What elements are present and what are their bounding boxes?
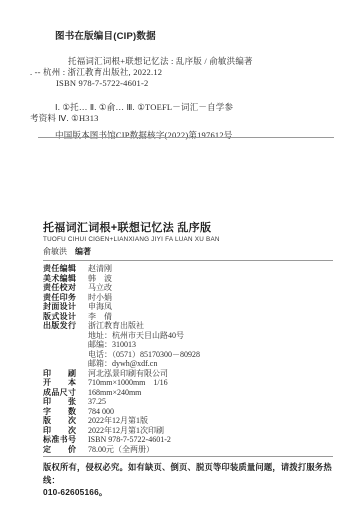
credit-row: 邮编：310013 [43,340,200,350]
book-title: 托福词汇词根+联想记忆法 乱序版 [43,222,220,235]
divider-top [38,137,334,138]
credit-value: 784 000 [88,407,114,416]
credit-label: 版式设计 [43,312,76,322]
credit-value: 710mm×1000mm 1/16 [88,378,168,387]
cip-header: 图书在版编目(CIP)数据 [55,31,341,42]
credit-label: 责任印务 [43,293,76,303]
author-name: 俞敏洪 [43,247,67,256]
credit-row: 美术编辑 韩 波 [43,274,200,284]
credit-value: 2022年12月第1版 [88,416,148,425]
credit-value: ISBN 978-7-5722-4601-2 [88,435,171,444]
credit-value: 78.00元（全两册） [88,445,154,454]
copyright-page: 图书在版编目(CIP)数据 托福词汇词根+联想记忆法 : 乱序版 / 俞敏洪编著… [0,0,361,520]
credit-value: 2022年12月第1次印刷 [88,426,164,435]
credit-row: 印张 37.25 [43,397,200,407]
title-block: 托福词汇词根+联想记忆法 乱序版 TUOFU CIHUI CIGEN+LIANX… [43,222,220,257]
credit-row: 开本 710mm×1000mm 1/16 [43,378,200,388]
credit-value: 168mm×240mm [88,388,141,397]
credit-row: 电话：（0571）85170300－80928 [43,350,200,360]
credit-row: 版次 2022年12月第1版 [43,416,200,426]
credit-label: 印张 [43,397,76,407]
credit-label: 印次 [43,426,76,436]
credit-row: 出版发行 浙江教育出版社 [43,321,200,331]
book-title-pinyin: TUOFU CIHUI CIGEN+LIANXIANG JIYI FA LUAN… [43,235,220,244]
cip-block: 图书在版编目(CIP)数据 托福词汇词根+联想记忆法 : 乱序版 / 俞敏洪编著… [0,31,341,141]
credit-row: 封面设计 申海凤 [43,302,200,312]
cip-classification-line2: 考资料 Ⅳ. ①H313 [30,113,341,124]
credit-row: 字数 784 000 [43,407,200,417]
credit-row: 印次 2022年12月第1次印刷 [43,426,200,436]
credit-label: 成品尺寸 [43,388,76,398]
credit-value: 韩 波 [88,274,112,283]
cip-isbn: ISBN 978-7-5722-4601-2 [56,78,341,89]
credit-value: 地址：杭州市天目山路40号 [88,331,184,340]
credit-value: 邮编：310013 [88,340,136,349]
credit-row: 成品尺寸 168mm×240mm [43,388,200,398]
credit-label: 出版发行 [43,321,76,331]
credit-value: 37.25 [88,397,106,406]
divider-bottom [43,456,333,457]
credits-list: 责任编辑 赵清刚 美术编辑 韩 波 责任校对 马立改 责任印务 时小娟 封面设计… [43,264,200,454]
author-line: 俞敏洪编著 [43,246,220,257]
credit-label: 版次 [43,416,76,426]
credit-label: 字数 [43,407,76,417]
credit-value: 邮箱：dywh@xdf.cn [88,359,157,368]
credit-row: 定价 78.00元（全两册） [43,445,200,455]
credit-label: 标准书号 [43,435,76,445]
divider-middle [43,260,333,261]
credit-label: 责任校对 [43,283,76,293]
credit-value: 时小娟 [88,293,112,302]
credit-label: 美术编辑 [43,274,76,284]
credit-row: 邮箱：dywh@xdf.cn [43,359,200,369]
credit-row: 责任校对 马立改 [43,283,200,293]
cip-classification-line1: Ⅰ. ①托… Ⅱ. ①俞… Ⅲ. ①TOEFL－词汇－自学参 [55,102,341,113]
credit-label: 开本 [43,378,76,388]
credit-row: 责任编辑 赵清刚 [43,264,200,274]
credit-value: 赵清刚 [88,264,112,273]
cip-record-number: 中国版本图书馆CIP数据核字(2022)第197612号 [55,130,341,141]
notice-line1: 版权所有，侵权必究。如有缺页、倒页、脱页等印装质量问题，请拨打服务热线： [43,461,343,486]
credit-value: 河北泓景印刷有限公司 [88,369,168,378]
credit-label: 定价 [43,445,76,455]
credit-value: 李 倩 [88,312,112,321]
credit-row: 版式设计 李 倩 [43,312,200,322]
credit-label: 封面设计 [43,302,76,312]
credit-label: 责任编辑 [43,264,76,274]
credit-value: 申海凤 [88,302,112,311]
credit-label: 印刷 [43,369,76,379]
credit-value: 马立改 [88,283,112,292]
credit-row: 地址：杭州市天目山路40号 [43,331,200,341]
notice-line2: 010-62605166。 [43,486,343,499]
credit-value: 电话：（0571）85170300－80928 [88,350,200,359]
cip-entry-line1: 托福词汇词根+联想记忆法 : 乱序版 / 俞敏洪编著 [68,56,341,67]
credit-value: 浙江教育出版社 [88,321,144,330]
copyright-notice: 版权所有，侵权必究。如有缺页、倒页、脱页等印装质量问题，请拨打服务热线： 010… [43,461,343,499]
credit-row: 印刷 河北泓景印刷有限公司 [43,369,200,379]
credit-row: 标准书号 ISBN 978-7-5722-4601-2 [43,435,200,445]
author-role: 编著 [75,247,91,256]
cip-entry-line2: . -- 杭州 : 浙江教育出版社, 2022.12 [30,67,341,78]
credit-row: 责任印务 时小娟 [43,293,200,303]
